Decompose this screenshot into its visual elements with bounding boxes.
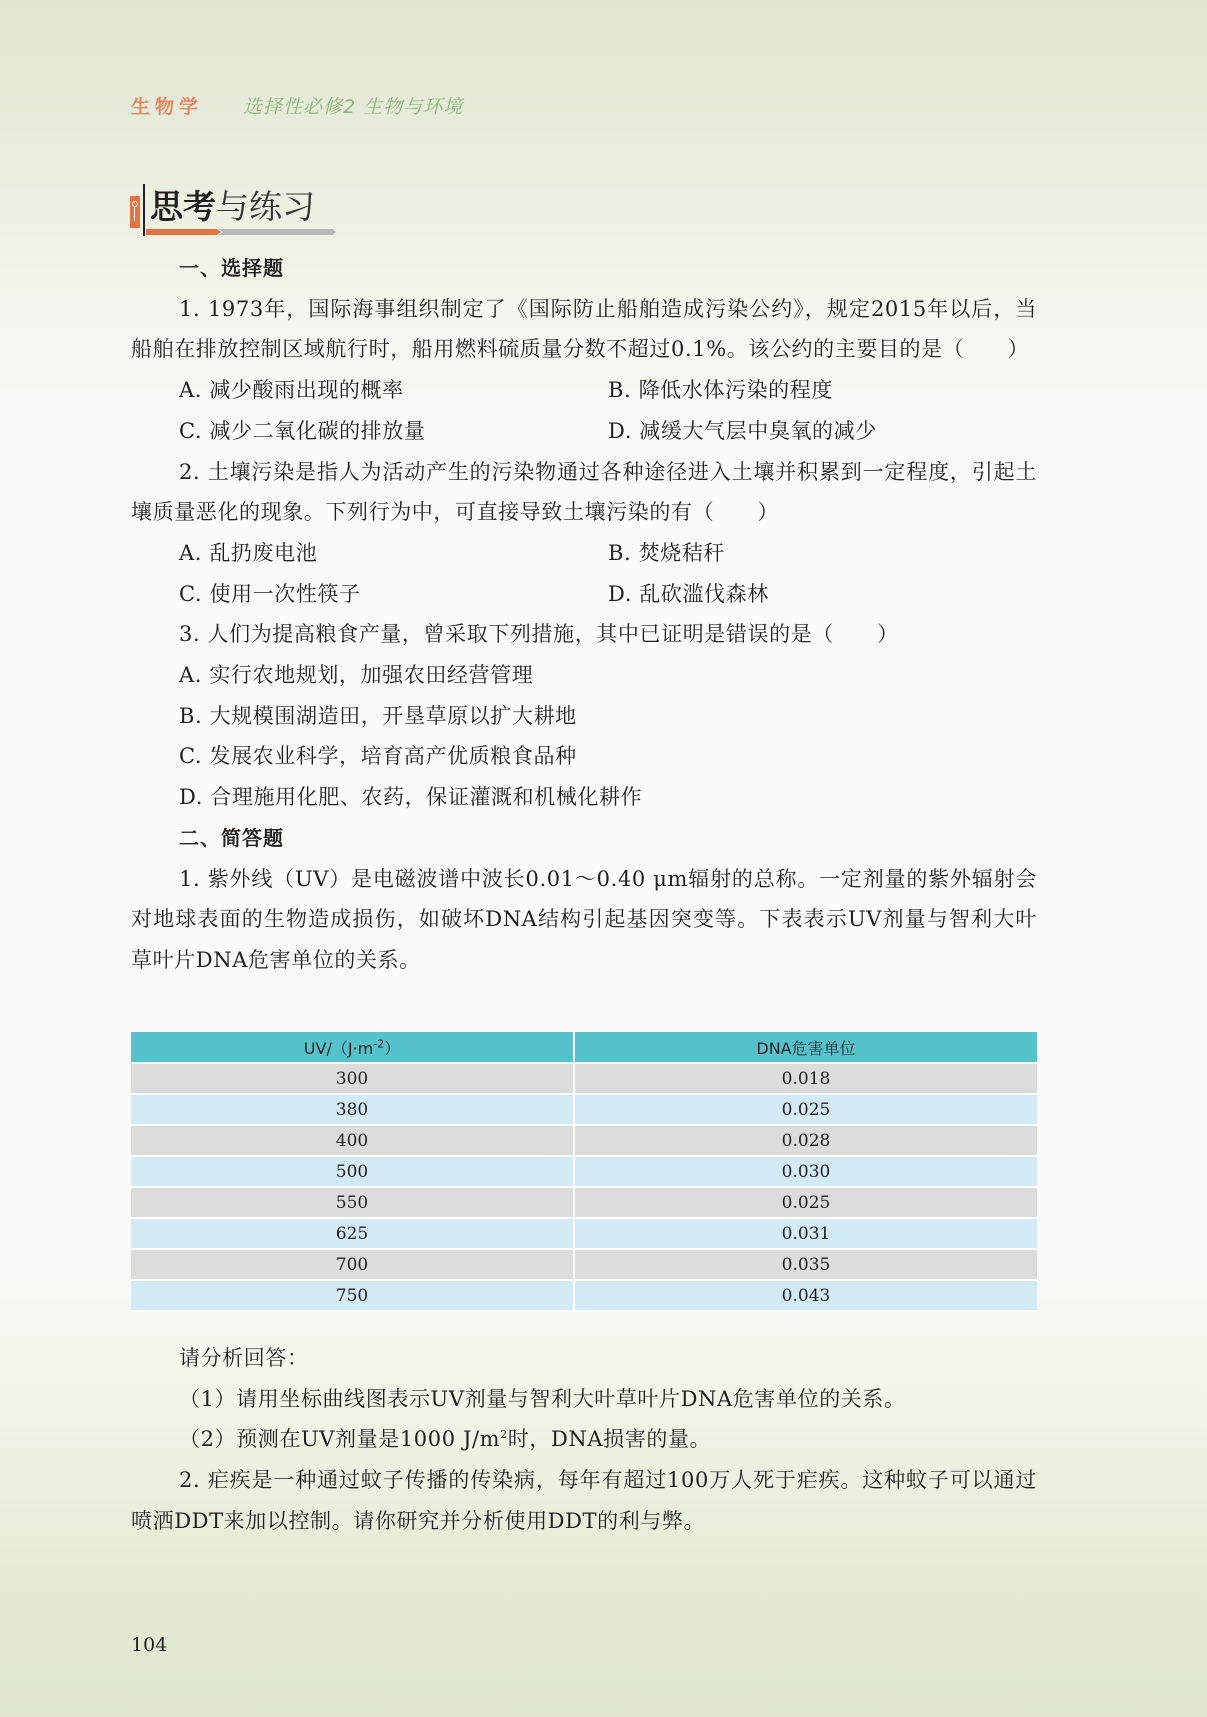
option-b: B. 降低水体污染的程度: [608, 370, 1037, 411]
cell-dna: 0.025: [574, 1094, 1037, 1125]
cell-uv: 550: [131, 1187, 574, 1218]
sub-question-2-text: （2）预测在UV剂量是1000 J/m: [179, 1427, 500, 1451]
part1-heading: 一、选择题: [131, 248, 1037, 289]
cell-dna: 0.028: [574, 1125, 1037, 1156]
option-a: A. 实行农地规划，加强农田经营管理: [131, 655, 1037, 696]
cell-dna: 0.031: [574, 1218, 1037, 1249]
table-row: 625 0.031: [131, 1218, 1037, 1249]
title-divider: [143, 184, 145, 236]
underbar-gray-segment: [218, 229, 280, 235]
cell-uv: 400: [131, 1125, 574, 1156]
subject-label: 生物学: [131, 96, 203, 118]
question-1-stem: 1. 1973年，国际海事组织制定了《国际防止船舶造成污染公约》，规定2015年…: [131, 289, 1037, 370]
sub-question-2: （2）预测在UV剂量是1000 J/m2时，DNA损害的量。: [131, 1419, 1037, 1460]
part2-heading: 二、简答题: [131, 818, 1037, 859]
table-row: 750 0.043: [131, 1280, 1037, 1311]
part1-choice-questions: 一、选择题 1. 1973年，国际海事组织制定了《国际防止船舶造成污染公约》，规…: [131, 248, 1037, 981]
running-head: 生物学 选择性必修2 生物与环境: [131, 95, 463, 119]
question-2-options-row-1: A. 乱扔废电池 B. 焚烧秸秆: [131, 533, 1037, 574]
title-underbar: [146, 229, 336, 235]
table-row: 500 0.030: [131, 1156, 1037, 1187]
option-a: A. 减少酸雨出现的概率: [179, 370, 608, 411]
column-header-uv-close: ）: [384, 1039, 400, 1058]
table-row: 400 0.028: [131, 1125, 1037, 1156]
cell-dna: 0.043: [574, 1280, 1037, 1311]
cell-dna: 0.025: [574, 1187, 1037, 1218]
short-answer-2: 2. 疟疾是一种通过蚊子传播的传染病，每年有超过100万人死于疟疾。这种蚊子可以…: [131, 1460, 1037, 1541]
column-header-uv-text: UV/（J·m: [304, 1039, 373, 1058]
table-row: 700 0.035: [131, 1249, 1037, 1280]
table-row: 300 0.018: [131, 1063, 1037, 1094]
option-c: C. 减少二氧化碳的排放量: [179, 411, 608, 452]
question-3-stem: 3. 人们为提高粮食产量，曾采取下列措施，其中已证明是错误的是（ ）: [131, 614, 1037, 655]
page-number: 104: [131, 1634, 167, 1656]
cell-uv: 380: [131, 1094, 574, 1125]
analysis-prompt: 请分析回答：: [131, 1338, 1037, 1379]
option-d: D. 减缓大气层中臭氧的减少: [608, 411, 1037, 452]
underbar-gray-segment: [300, 229, 336, 235]
column-header-uv-sup: -2: [373, 1037, 384, 1050]
short-answer-1-intro: 1. 紫外线（UV）是电磁波谱中波长0.01～0.40 μm辐射的总称。一定剂量…: [131, 859, 1037, 981]
option-d: D. 合理施用化肥、农药，保证灌溉和机械化耕作: [131, 777, 1037, 818]
option-b: B. 大规模围湖造田，开垦草原以扩大耕地: [131, 696, 1037, 737]
option-d: D. 乱砍滥伐森林: [608, 574, 1037, 615]
book-title: 选择性必修2 生物与环境: [243, 96, 463, 118]
column-header-dna: DNA危害单位: [574, 1032, 1037, 1063]
part2-followup: 请分析回答： （1）请用坐标曲线图表示UV剂量与智利大叶草叶片DNA危害单位的关…: [131, 1338, 1037, 1542]
table-row: 550 0.025: [131, 1187, 1037, 1218]
column-header-uv: UV/（J·m-2）: [131, 1032, 574, 1063]
sub-question-2-tail: 时，DNA损害的量。: [508, 1427, 711, 1451]
cell-dna: 0.018: [574, 1063, 1037, 1094]
question-1-options-row-2: C. 减少二氧化碳的排放量 D. 减缓大气层中臭氧的减少: [131, 411, 1037, 452]
option-c: C. 使用一次性筷子: [179, 574, 608, 615]
sub-question-1: （1）请用坐标曲线图表示UV剂量与智利大叶草叶片DNA危害单位的关系。: [131, 1379, 1037, 1420]
table-row: 380 0.025: [131, 1094, 1037, 1125]
uv-dna-table: UV/（J·m-2） DNA危害单位 300 0.018 380 0.025 4…: [131, 1032, 1037, 1312]
option-b: B. 焚烧秸秆: [608, 533, 1037, 574]
cell-uv: 625: [131, 1218, 574, 1249]
sub-question-2-sup: 2: [500, 1428, 508, 1441]
option-a: A. 乱扔废电池: [179, 533, 608, 574]
cell-dna: 0.030: [574, 1156, 1037, 1187]
question-2-options-row-2: C. 使用一次性筷子 D. 乱砍滥伐森林: [131, 574, 1037, 615]
section-title-text: 思考与练习: [150, 188, 315, 226]
question-1-options-row-1: A. 减少酸雨出现的概率 B. 降低水体污染的程度: [131, 370, 1037, 411]
cell-uv: 750: [131, 1280, 574, 1311]
table-header-row: UV/（J·m-2） DNA危害单位: [131, 1032, 1037, 1063]
key-icon: [130, 196, 140, 228]
option-c: C. 发展农业科学，培育高产优质粮食品种: [131, 736, 1037, 777]
cell-uv: 500: [131, 1156, 574, 1187]
question-2-stem: 2. 土壤污染是指人为活动产生的污染物通过各种途径进入土壤并积累到一定程度，引起…: [131, 452, 1037, 533]
underbar-orange-segment: [146, 229, 221, 235]
title-light: 与练习: [216, 187, 315, 226]
cell-dna: 0.035: [574, 1249, 1037, 1280]
title-bold: 思考: [150, 187, 216, 226]
cell-uv: 700: [131, 1249, 574, 1280]
cell-uv: 300: [131, 1063, 574, 1094]
section-title: 思考与练习: [128, 182, 338, 238]
